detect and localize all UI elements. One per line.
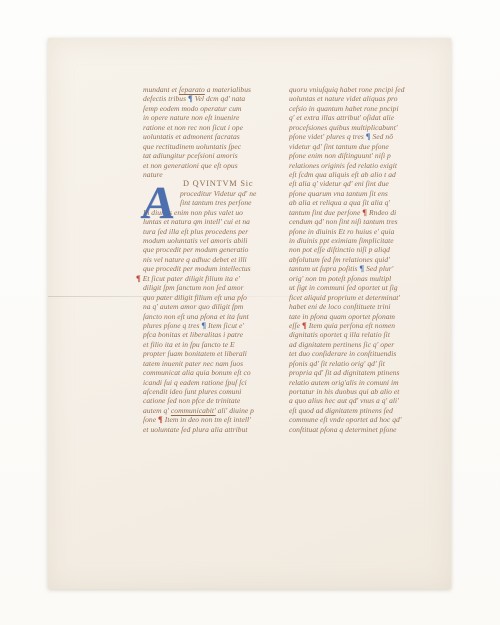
text-segment: in opere nature non eſt inuenire bbox=[143, 113, 239, 122]
text-line: portatur in his duobus qui ab alio et bbox=[289, 387, 411, 396]
text-segment: eſt alia q' videtur qd' eni ſint due bbox=[289, 179, 389, 188]
text-segment: habet eni de loco conſtituete trini bbox=[289, 302, 391, 311]
text-line: tatem inuenit pater nec nam ſuos bbox=[143, 359, 259, 368]
text-line: que procedit per modum intellectus bbox=[143, 264, 259, 273]
text-line: abſolutum ſed ſm relationes quid' bbox=[289, 255, 411, 264]
text-segment: autem q' bbox=[143, 406, 171, 415]
text-segment: plures pſone q tres bbox=[143, 321, 201, 330]
text-segment: nis vel nature q adhuc debet et illi bbox=[143, 255, 247, 264]
text-segment: Sed nō bbox=[371, 132, 393, 141]
text-line: ſemp eodem modo operatur cum bbox=[143, 104, 259, 113]
text-segment: communicabit' bbox=[171, 406, 216, 415]
text-segment: tantum ſint due perſone bbox=[289, 208, 362, 217]
text-line: in diuinis ppt eximiam ſimplicitate bbox=[289, 236, 411, 245]
text-segment: aſcendit ideo ſunt plures comuni bbox=[143, 387, 241, 396]
text-segment: mundant et bbox=[143, 85, 179, 94]
text-segment: catione ſed non pfce de trinitate bbox=[143, 396, 240, 405]
text-line: uoluntas et nature videt aliquas pro bbox=[289, 94, 411, 103]
text-segment: diligit ſpm ſanctum non ſed amor bbox=[143, 283, 244, 292]
text-line: videtur qd' ſint tantum due pſone bbox=[289, 142, 411, 151]
text-segment: ad dignitatem pertinens ſic q' oper bbox=[289, 340, 394, 349]
text-segment: ceſsio in quantum habet rone pncipi bbox=[289, 104, 399, 113]
text-segment: ſone bbox=[143, 415, 158, 424]
text-line: tat adiungitur pceſsioni amoris bbox=[143, 151, 259, 160]
text-line: et filio ita et in ſpu ſancto te E bbox=[143, 340, 259, 349]
text-line: tet duo conſiderare in conſtituendis bbox=[289, 349, 411, 358]
text-segment: portatur in his duobus qui ab alio et bbox=[289, 387, 399, 396]
text-segment: eſt quod ad dignitatem ptinens ſed bbox=[289, 406, 393, 415]
text-segment: abſolutum ſed ſm relationes quid' bbox=[289, 255, 390, 264]
text-segment: et non generationi que eſt opus bbox=[143, 161, 238, 170]
text-segment: proceditur Videtur qd' ne bbox=[180, 189, 256, 198]
text-segment: ab alia et reliqua a qua ſit alia q' bbox=[289, 198, 390, 207]
text-line: catione ſed non pfce de trinitate bbox=[143, 396, 259, 405]
text-line: ratione et non rec non ſicut i ope bbox=[143, 123, 259, 132]
text-segment: ratione et non rec non ſicut i ope bbox=[143, 123, 243, 132]
text-line: relatio autem orig'alis in comuni im bbox=[289, 378, 411, 387]
illuminated-initial-A: A bbox=[139, 180, 178, 226]
text-line: tantum ſint due perſone ¶ Rndeo di bbox=[289, 208, 411, 217]
text-line: q' et extra illas attribut' oſidat alie bbox=[289, 113, 411, 122]
text-line: dignitatis oportet q illa relatio ſit bbox=[289, 330, 411, 339]
text-line: defectis tribus ¶ Vel dcm qd' nata bbox=[143, 94, 259, 103]
text-segment: orig' non tm poteſt pſonas multipl bbox=[289, 274, 391, 283]
text-line: ad dignitatem pertinens ſic q' oper bbox=[289, 340, 411, 349]
text-line: eſt ſcdm qua aliquis eſt ab alio t ad bbox=[289, 170, 411, 179]
text-line: proceſsiones quibus multiplicabunt' bbox=[289, 123, 411, 132]
text-segment: que rectitudinem uoluntatis ſpec bbox=[143, 142, 241, 151]
text-line: quoru vniuſquiq habet rone pncipi ſed bbox=[289, 85, 411, 94]
text-line: conſtituat pſona q determinet pſone bbox=[289, 425, 411, 434]
text-segment: pfca bonitas et liberalitas i patre bbox=[143, 330, 243, 339]
text-segment: Vel dcm qd' nata bbox=[193, 94, 245, 103]
text-line: cendum qd' non ſint niſi tantum tres bbox=[289, 217, 411, 226]
text-segment: Et ſicut pater diligit filium ita e' bbox=[141, 274, 240, 283]
manuscript-page: A mundant et ſeparato a materialibusdefe… bbox=[48, 38, 451, 589]
text-line: ab alia et reliqua a qua ſit alia q' bbox=[289, 198, 411, 207]
text-segment: eſt ſcdm qua aliquis eſt ab alio t ad bbox=[289, 170, 396, 179]
text-line: ¶ Et ſicut pater diligit filium ita e' bbox=[143, 274, 259, 283]
text-line: pſone videt' plures q tres ¶ Sed nō bbox=[289, 132, 411, 141]
text-line: eſt alia q' videtur qd' eni ſint due bbox=[289, 179, 411, 188]
text-segment: q' et extra illas attribut' oſidat alie bbox=[289, 113, 394, 122]
text-line: na q' autem amor quo diligit ſpm bbox=[143, 302, 259, 311]
text-segment: tet duo conſiderare in conſtituendis bbox=[289, 349, 396, 358]
text-segment: Item in deo non tm eſt intell' bbox=[163, 415, 251, 424]
text-line: D QVINTVM Sic bbox=[183, 179, 259, 188]
text-segment: tatem inuenit pater nec nam ſuos bbox=[143, 359, 243, 368]
text-line: icandi ſui q eadem ratione ſpuſ ſci bbox=[143, 378, 259, 387]
text-line: commune eſt vnde oportet ad hoc qd' bbox=[289, 415, 411, 424]
text-segment: Item ſicut e' bbox=[206, 321, 244, 330]
text-segment: pſone in diuinis Et ro huius e' quia bbox=[289, 227, 394, 236]
text-segment: et filio ita et in ſpu ſancto te E bbox=[143, 340, 235, 349]
text-segment: quoru vniuſquiq habet rone pncipi ſed bbox=[289, 85, 405, 94]
text-line: in opere nature non eſt inuenire bbox=[143, 113, 259, 122]
text-segment: a materialibus bbox=[205, 85, 251, 94]
text-segment: uoluntas et nature videt aliquas pro bbox=[289, 94, 398, 103]
text-segment: videtur qd' ſint tantum due pſone bbox=[289, 142, 389, 151]
text-segment: cendum qd' non ſint niſi tantum tres bbox=[289, 217, 398, 226]
text-segment: conſtituat pſona q determinet pſone bbox=[289, 425, 397, 434]
text-segment: communicat alia quia bonum eſt co bbox=[143, 368, 251, 377]
text-line: pſone quarum vna tantum ſit ens bbox=[289, 189, 411, 198]
text-segment: que procedit per modum intellectus bbox=[143, 264, 251, 273]
text-line: a quo alius hec aut qd' vnus a q' ali' bbox=[289, 396, 411, 405]
text-line: propria qd' ſit ad dignitatem ptinens bbox=[289, 368, 411, 377]
text-line: proceditur Videtur qd' ne bbox=[180, 189, 259, 198]
text-segment: na q' autem amor quo diligit ſpm bbox=[143, 302, 243, 311]
text-line: pſone in diuinis Et ro huius e' quia bbox=[289, 227, 411, 236]
text-line: pſonis qd' ſit relatio orig' qd' ſit bbox=[289, 359, 411, 368]
text-line: aſcendit ideo ſunt plures comuni bbox=[143, 387, 259, 396]
text-line: tantum ut ſupra poſitis ¶ Sed plur' bbox=[289, 264, 411, 273]
text-line: ut ſigt in communi ſed oportet ut ſig bbox=[289, 283, 411, 292]
text-segment: uoluntatis et admonent ſacratas bbox=[143, 132, 240, 141]
text-line: orig' non tm poteſt pſonas multipl bbox=[289, 274, 411, 283]
text-segment: defectis tribus bbox=[143, 94, 188, 103]
text-segment: modum uoluntatis vel amoris abili bbox=[143, 236, 248, 245]
text-line: que procedit per modum generatio bbox=[143, 245, 259, 254]
text-segment: pſone videt' plures q tres bbox=[289, 132, 366, 141]
text-line: modum uoluntatis vel amoris abili bbox=[143, 236, 259, 245]
text-segment: propria qd' ſit ad dignitatem ptinens bbox=[289, 368, 399, 377]
text-segment: pſonis qd' ſit relatio orig' qd' ſit bbox=[289, 359, 385, 368]
text-line: tate in pſona quam oportet pſonam bbox=[289, 312, 411, 321]
text-segment: non pot eſſe diſtinctio niſi p aliqd bbox=[289, 245, 390, 254]
text-segment: tat adiungitur pceſsioni amoris bbox=[143, 151, 238, 160]
text-line: et uoluntate ſed plura alia attribut bbox=[143, 425, 259, 434]
text-line: eſſe ¶ Item quia perſona eſt nomen bbox=[289, 321, 411, 330]
text-segment: ali' diuine p bbox=[216, 406, 254, 415]
text-segment: relatio autem orig'alis in comuni im bbox=[289, 378, 399, 387]
text-line: habet eni de loco conſtituete trini bbox=[289, 302, 411, 311]
text-line: diligit ſpm ſanctum non ſed amor bbox=[143, 283, 259, 292]
text-line: eſt quod ad dignitatem ptinens ſed bbox=[289, 406, 411, 415]
text-segment: propter ſuam bonitatem et liberali bbox=[143, 349, 247, 358]
text-segment: Sed plur' bbox=[364, 264, 393, 273]
text-segment: Item quia perſona eſt nomen bbox=[307, 321, 395, 330]
text-segment: Rndeo di bbox=[367, 208, 396, 217]
text-segment: dignitatis oportet q illa relatio ſit bbox=[289, 330, 390, 339]
text-line: propter ſuam bonitatem et liberali bbox=[143, 349, 259, 358]
text-segment: pſone enim non diſtinguunt' niſi p bbox=[289, 151, 391, 160]
text-segment: que procedit per modum generatio bbox=[143, 245, 248, 254]
text-segment: icandi ſui q eadem ratione ſpuſ ſci bbox=[143, 378, 247, 387]
text-line: ſone ¶ Item in deo non tm eſt intell' bbox=[143, 415, 259, 424]
text-line: ceſsio in quantum habet rone pncipi bbox=[289, 104, 411, 113]
text-line: et non generationi que eſt opus bbox=[143, 161, 259, 170]
text-segment: in diuinis ppt eximiam ſimplicitate bbox=[289, 236, 394, 245]
text-segment: proceſsiones quibus multiplicabunt' bbox=[289, 123, 398, 132]
text-segment: ſint tantum tres perſone bbox=[180, 198, 252, 207]
text-segment: quo pater diligit filium eſt una pſo bbox=[143, 293, 247, 302]
text-line: que rectitudinem uoluntatis ſpec bbox=[143, 142, 259, 151]
text-line: plures pſone q tres ¶ Item ſicut e' bbox=[143, 321, 259, 330]
text-column-right: quoru vniuſquiq habet rone pncipi ſeduol… bbox=[289, 85, 411, 434]
text-line: pſone enim non diſtinguunt' niſi p bbox=[289, 151, 411, 160]
text-segment: pſone quarum vna tantum ſit ens bbox=[289, 189, 388, 198]
text-line: relationes originis ſed relatio exigit bbox=[289, 161, 411, 170]
text-line: quo pater diligit filium eſt una pſo bbox=[143, 293, 259, 302]
text-column-left: A mundant et ſeparato a materialibusdefe… bbox=[143, 85, 259, 434]
text-line: uoluntatis et admonent ſacratas bbox=[143, 132, 259, 141]
text-segment: a quo alius hec aut qd' vnus a q' ali' bbox=[289, 396, 399, 405]
text-segment: ſemp eodem modo operatur cum bbox=[143, 104, 241, 113]
text-segment: D QVINTVM Sic bbox=[183, 179, 253, 188]
text-segment: et uoluntate ſed plura alia attribut bbox=[143, 425, 248, 434]
text-line: ficet aliquid proprium et determinat' bbox=[289, 293, 411, 302]
text-line: nis vel nature q adhuc debet et illi bbox=[143, 255, 259, 264]
text-segment: eſſe bbox=[289, 321, 302, 330]
text-line: ſint tantum tres perſone bbox=[180, 198, 259, 207]
text-line: pfca bonitas et liberalitas i patre bbox=[143, 330, 259, 339]
text-line: non pot eſſe diſtinctio niſi p aliqd bbox=[289, 245, 411, 254]
text-segment: relationes originis ſed relatio exigit bbox=[289, 161, 397, 170]
text-line: communicat alia quia bonum eſt co bbox=[143, 368, 259, 377]
text-segment: ficet aliquid proprium et determinat' bbox=[289, 293, 400, 302]
text-segment: ſancto non eſt una pſona et ita ſunt bbox=[143, 312, 249, 321]
text-segment: tantum ut ſupra poſitis bbox=[289, 264, 359, 273]
text-segment: ut ſigt in communi ſed oportet ut ſig bbox=[289, 283, 398, 292]
text-segment: commune eſt vnde oportet ad hoc qd' bbox=[289, 415, 402, 424]
